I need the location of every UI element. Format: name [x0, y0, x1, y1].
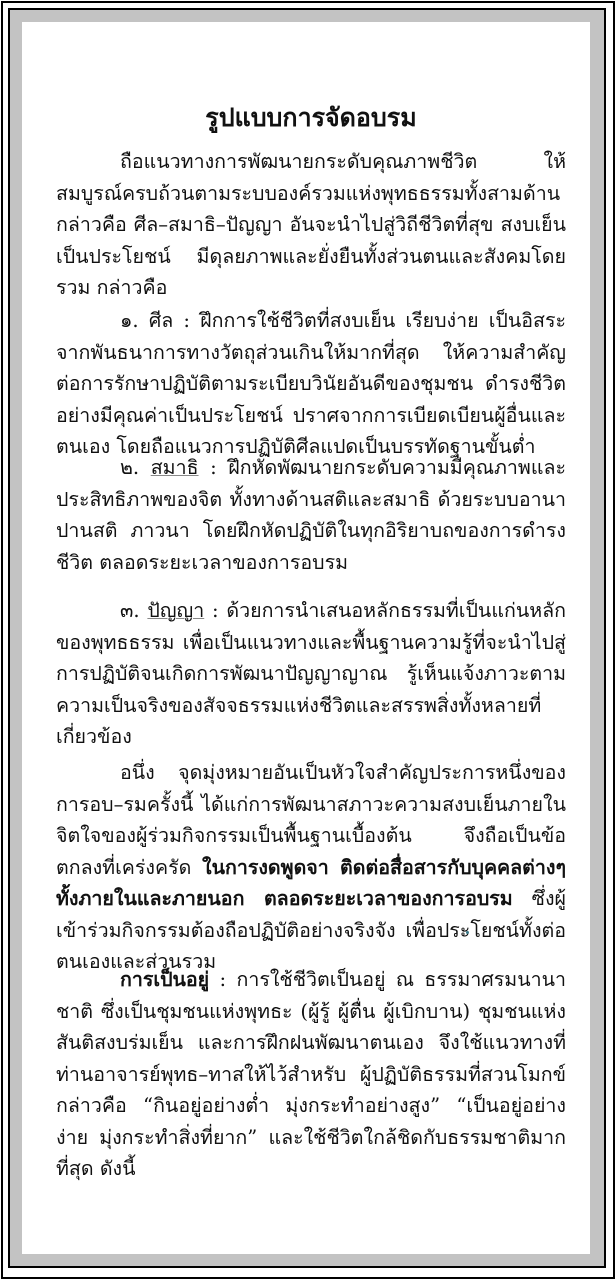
item-panya: ๓. ปัญญา : ด้วยการนำเสนอหลักธรรมที่เป็นแ… [56, 595, 566, 753]
living-heading: การเป็นอยู่ [120, 968, 209, 991]
anueng-paragraph: อนึ่ง จุดมุ่งหมายอันเป็นหัวใจสำคัญประการ… [56, 757, 566, 978]
scan-speck [466, 931, 469, 934]
item-number: ๓. [120, 599, 140, 622]
page-frame: รูปแบบการจัดอบรม ถือแนวทางการพัฒนายกระดั… [8, 8, 606, 1268]
item-separator: : [199, 456, 229, 479]
item-term: ปัญญา [147, 599, 204, 622]
item-number: ๒. [120, 456, 139, 479]
paper: รูปแบบการจัดอบรม ถือแนวทางการพัฒนายกระดั… [22, 22, 590, 1254]
living-text: การใช้ชีวิตเป็นอยู่ ณ ธรรมาศรมนานาชาติ ซ… [56, 968, 566, 1180]
intro-paragraph: ถือแนวทางการพัฒนายกระดับคุณภาพชีวิต ให้ส… [56, 146, 566, 304]
item-term: ศีล [149, 309, 173, 332]
item-term: สมาธิ [151, 456, 199, 479]
page-title: รูปแบบการจัดอบรม [56, 102, 566, 134]
intro-text: ถือแนวทางการพัฒนายกระดับคุณภาพชีวิต ให้ส… [56, 150, 566, 299]
living-paragraph: การเป็นอยู่ : การใช้ชีวิตเป็นอยู่ ณ ธรรม… [56, 964, 566, 1185]
item-separator: : [204, 599, 226, 622]
item-number: ๑. [120, 309, 139, 332]
living-separator: : [209, 968, 236, 991]
item-sila: ๑. ศีล : ฝึกการใช้ชีวิตที่สงบเย็น เรียบง… [56, 305, 566, 463]
item-samadhi: ๒. สมาธิ : ฝึกหัดพัฒนายกระดับความมีคุณภา… [56, 452, 566, 578]
item-separator: : [173, 309, 200, 332]
